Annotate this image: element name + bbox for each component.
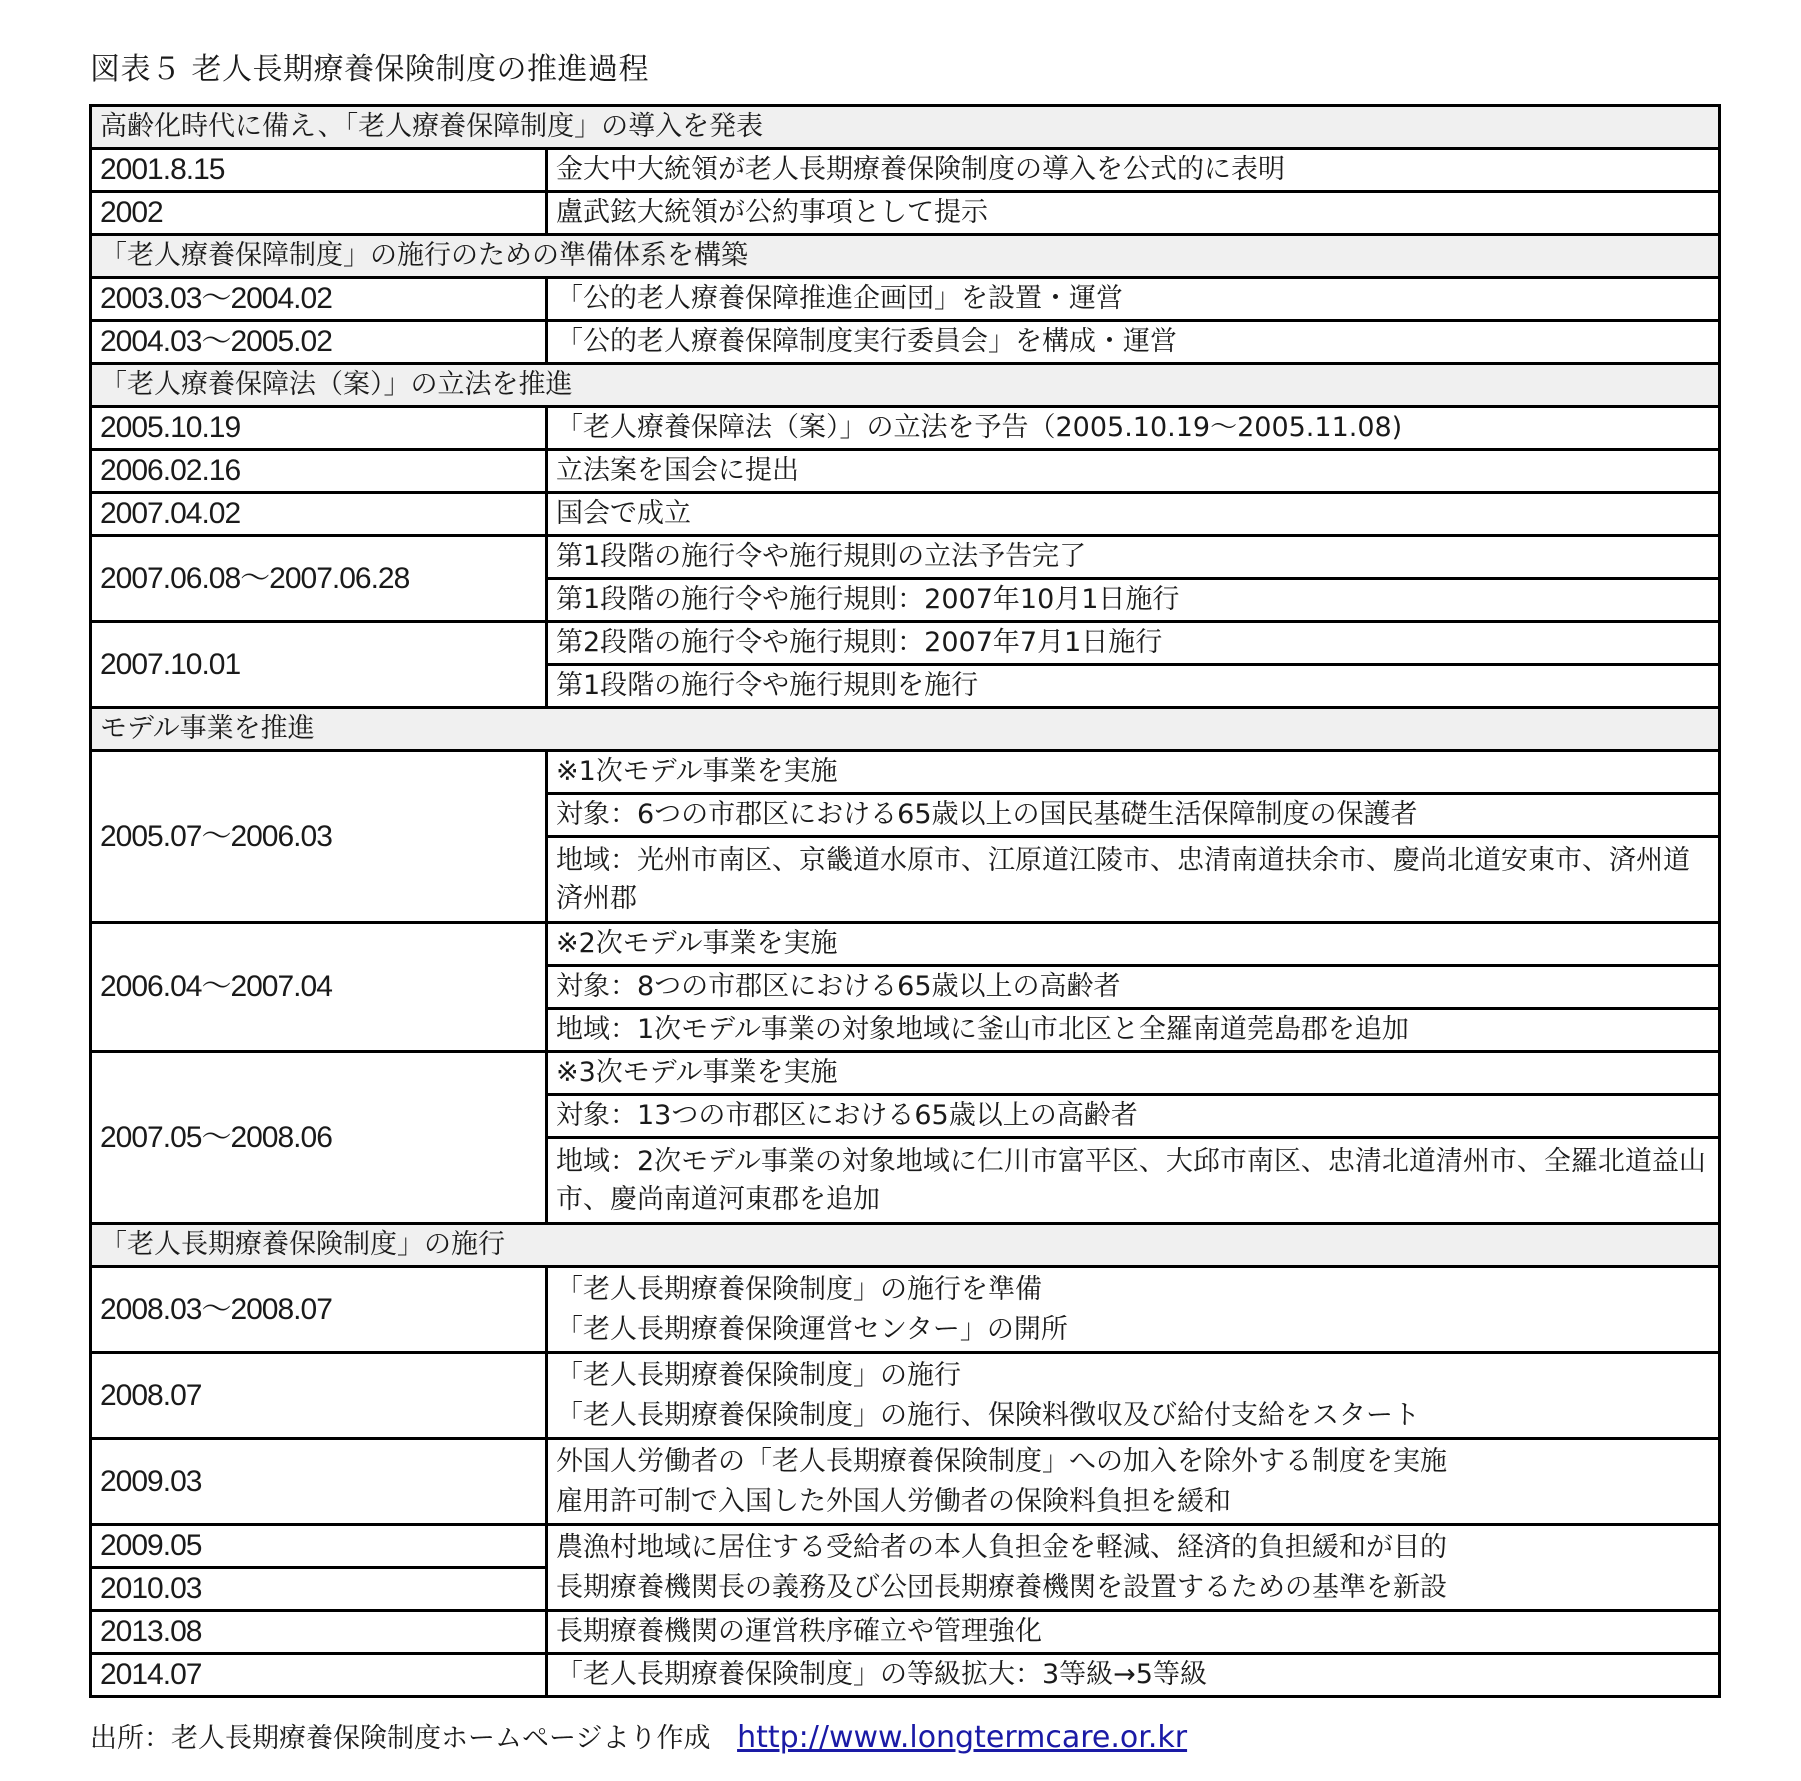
table-row: 2007.06.08〜2007.06.28 第1段階の施行令や施行規則の立法予告…	[91, 536, 1720, 579]
date-cell: 2008.03〜2008.07	[91, 1267, 547, 1353]
event-cell: 国会で成立	[547, 493, 1720, 536]
table-row: 2009.05 農漁村地域に居住する受給者の本人負担金を軽減、経済的負担緩和が目…	[91, 1525, 1720, 1568]
section-header-row: 「老人療養保障制度」の施行のための準備体系を構築	[91, 235, 1720, 278]
event-line: 「老人長期療養保険制度」の施行を準備	[556, 1270, 1710, 1310]
date-cell: 2003.03〜2004.02	[91, 278, 547, 321]
event-line: 「老人長期療養保険運営センター」の開所	[556, 1310, 1710, 1350]
event-cell: ※3次モデル事業を実施	[547, 1052, 1720, 1095]
date-cell: 2005.07〜2006.03	[91, 751, 547, 923]
event-cell: 「老人長期療養保険制度」の等級拡大：3等級→5等級	[547, 1654, 1720, 1697]
event-line: 農漁村地域に居住する受給者の本人負担金を軽減、経済的負担緩和が目的	[556, 1528, 1710, 1568]
date-cell: 2004.03〜2005.02	[91, 321, 547, 364]
section-header-row: モデル事業を推進	[91, 708, 1720, 751]
event-cell: 長期療養機関の運営秩序確立や管理強化	[547, 1611, 1720, 1654]
source-label: 出所：老人長期療養保険制度ホームページより作成	[90, 1723, 710, 1754]
event-cell: 対象：8つの市郡区における65歳以上の高齢者	[547, 966, 1720, 1009]
section-header: モデル事業を推進	[91, 708, 1720, 751]
date-cell: 2007.10.01	[91, 622, 547, 708]
event-cell: 対象：13つの市郡区における65歳以上の高齢者	[547, 1095, 1720, 1138]
event-cell: 地域：2次モデル事業の対象地域に仁川市富平区、大邱市南区、忠清北道清州市、全羅北…	[547, 1138, 1720, 1224]
event-cell: 立法案を国会に提出	[547, 450, 1720, 493]
section-header-row: 「老人療養保障法（案）」の立法を推進	[91, 364, 1720, 407]
table-row: 2008.07 「老人長期療養保険制度」の施行 「老人長期療養保険制度」の施行、…	[91, 1353, 1720, 1439]
section-header: 「老人療養保障制度」の施行のための準備体系を構築	[91, 235, 1720, 278]
event-cell: 盧武鉉大統領が公約事項として提示	[547, 192, 1720, 235]
event-cell: 第1段階の施行令や施行規則：2007年10月1日施行	[547, 579, 1720, 622]
table-row: 2014.07 「老人長期療養保険制度」の等級拡大：3等級→5等級	[91, 1654, 1720, 1697]
event-cell: 対象：6つの市郡区における65歳以上の国民基礎生活保障制度の保護者	[547, 794, 1720, 837]
event-cell: 「老人療養保障法（案）」の立法を予告（2005.10.19〜2005.11.08…	[547, 407, 1720, 450]
table-row: 2007.10.01 第2段階の施行令や施行規則：2007年7月1日施行	[91, 622, 1720, 665]
section-header: 「老人療養保障法（案）」の立法を推進	[91, 364, 1720, 407]
table-row: 2006.02.16 立法案を国会に提出	[91, 450, 1720, 493]
event-cell: 地域：光州市南区、京畿道水原市、江原道江陵市、忠清南道扶余市、慶尚北道安東市、済…	[547, 837, 1720, 923]
event-cell: ※1次モデル事業を実施	[547, 751, 1720, 794]
source-note: 出所：老人長期療養保険制度ホームページより作成 http://www.longt…	[90, 1716, 1187, 1755]
table-row: 2013.08 長期療養機関の運営秩序確立や管理強化	[91, 1611, 1720, 1654]
event-cell: 「老人長期療養保険制度」の施行を準備 「老人長期療養保険運営センター」の開所	[547, 1267, 1720, 1353]
table-row: 2007.04.02 国会で成立	[91, 493, 1720, 536]
event-line: 外国人労働者の「老人長期療養保険制度」への加入を除外する制度を実施	[556, 1442, 1710, 1482]
source-link[interactable]: http://www.longtermcare.or.kr	[737, 1720, 1187, 1755]
date-cell: 2006.02.16	[91, 450, 547, 493]
table-row: 2009.03 外国人労働者の「老人長期療養保険制度」への加入を除外する制度を実…	[91, 1439, 1720, 1525]
table-row: 2008.03〜2008.07 「老人長期療養保険制度」の施行を準備 「老人長期…	[91, 1267, 1720, 1353]
date-cell: 2013.08	[91, 1611, 547, 1654]
date-cell: 2009.03	[91, 1439, 547, 1525]
table-row: 2001.8.15 金大中大統領が老人長期療養保険制度の導入を公式的に表明	[91, 149, 1720, 192]
section-header-row: 「老人長期療養保険制度」の施行	[91, 1224, 1720, 1267]
event-cell: 農漁村地域に居住する受給者の本人負担金を軽減、経済的負担緩和が目的 長期療養機関…	[547, 1525, 1720, 1611]
date-cell: 2005.10.19	[91, 407, 547, 450]
event-line: 長期療養機関長の義務及び公団長期療養機関を設置するための基準を新設	[556, 1568, 1710, 1608]
date-cell: 2007.04.02	[91, 493, 547, 536]
figure-title: 図表５ 老人長期療養保険制度の推進過程	[90, 44, 649, 88]
event-cell: 金大中大統領が老人長期療養保険制度の導入を公式的に表明	[547, 149, 1720, 192]
section-header: 「老人長期療養保険制度」の施行	[91, 1224, 1720, 1267]
table-row: 2007.05〜2008.06 ※3次モデル事業を実施	[91, 1052, 1720, 1095]
table-row: 2004.03〜2005.02 「公的老人療養保障制度実行委員会」を構成・運営	[91, 321, 1720, 364]
event-cell: 「公的老人療養保障制度実行委員会」を構成・運営	[547, 321, 1720, 364]
event-cell: 第1段階の施行令や施行規則を施行	[547, 665, 1720, 708]
date-cell: 2009.05	[91, 1525, 547, 1568]
date-cell: 2014.07	[91, 1654, 547, 1697]
event-cell: 外国人労働者の「老人長期療養保険制度」への加入を除外する制度を実施 雇用許可制で…	[547, 1439, 1720, 1525]
event-cell: 「公的老人療養保障推進企画団」を設置・運営	[547, 278, 1720, 321]
date-cell: 2001.8.15	[91, 149, 547, 192]
event-cell: 地域：1次モデル事業の対象地域に釜山市北区と全羅南道莞島郡を追加	[547, 1009, 1720, 1052]
date-cell: 2002	[91, 192, 547, 235]
event-line: 「老人長期療養保険制度」の施行、保険料徴収及び給付支給をスタート	[556, 1396, 1710, 1436]
event-cell: 「老人長期療養保険制度」の施行 「老人長期療養保険制度」の施行、保険料徴収及び給…	[547, 1353, 1720, 1439]
event-line: 雇用許可制で入国した外国人労働者の保険料負担を緩和	[556, 1482, 1710, 1522]
date-cell: 2008.07	[91, 1353, 547, 1439]
event-cell: 第2段階の施行令や施行規則：2007年7月1日施行	[547, 622, 1720, 665]
event-cell: 第1段階の施行令や施行規則の立法予告完了	[547, 536, 1720, 579]
table-row: 2003.03〜2004.02 「公的老人療養保障推進企画団」を設置・運営	[91, 278, 1720, 321]
date-cell: 2007.06.08〜2007.06.28	[91, 536, 547, 622]
table-row: 2005.10.19 「老人療養保障法（案）」の立法を予告（2005.10.19…	[91, 407, 1720, 450]
table-row: 2006.04〜2007.04 ※2次モデル事業を実施	[91, 923, 1720, 966]
date-cell: 2006.04〜2007.04	[91, 923, 547, 1052]
table-row: 2005.07〜2006.03 ※1次モデル事業を実施	[91, 751, 1720, 794]
section-header: 高齢化時代に備え、「老人療養保障制度」の導入を発表	[91, 106, 1720, 149]
date-cell: 2010.03	[91, 1568, 547, 1611]
timeline-table: 高齢化時代に備え、「老人療養保障制度」の導入を発表 2001.8.15 金大中大…	[89, 104, 1721, 1698]
event-line: 「老人長期療養保険制度」の施行	[556, 1356, 1710, 1396]
table-row: 2002 盧武鉉大統領が公約事項として提示	[91, 192, 1720, 235]
date-cell: 2007.05〜2008.06	[91, 1052, 547, 1224]
event-cell: ※2次モデル事業を実施	[547, 923, 1720, 966]
section-header-row: 高齢化時代に備え、「老人療養保障制度」の導入を発表	[91, 106, 1720, 149]
